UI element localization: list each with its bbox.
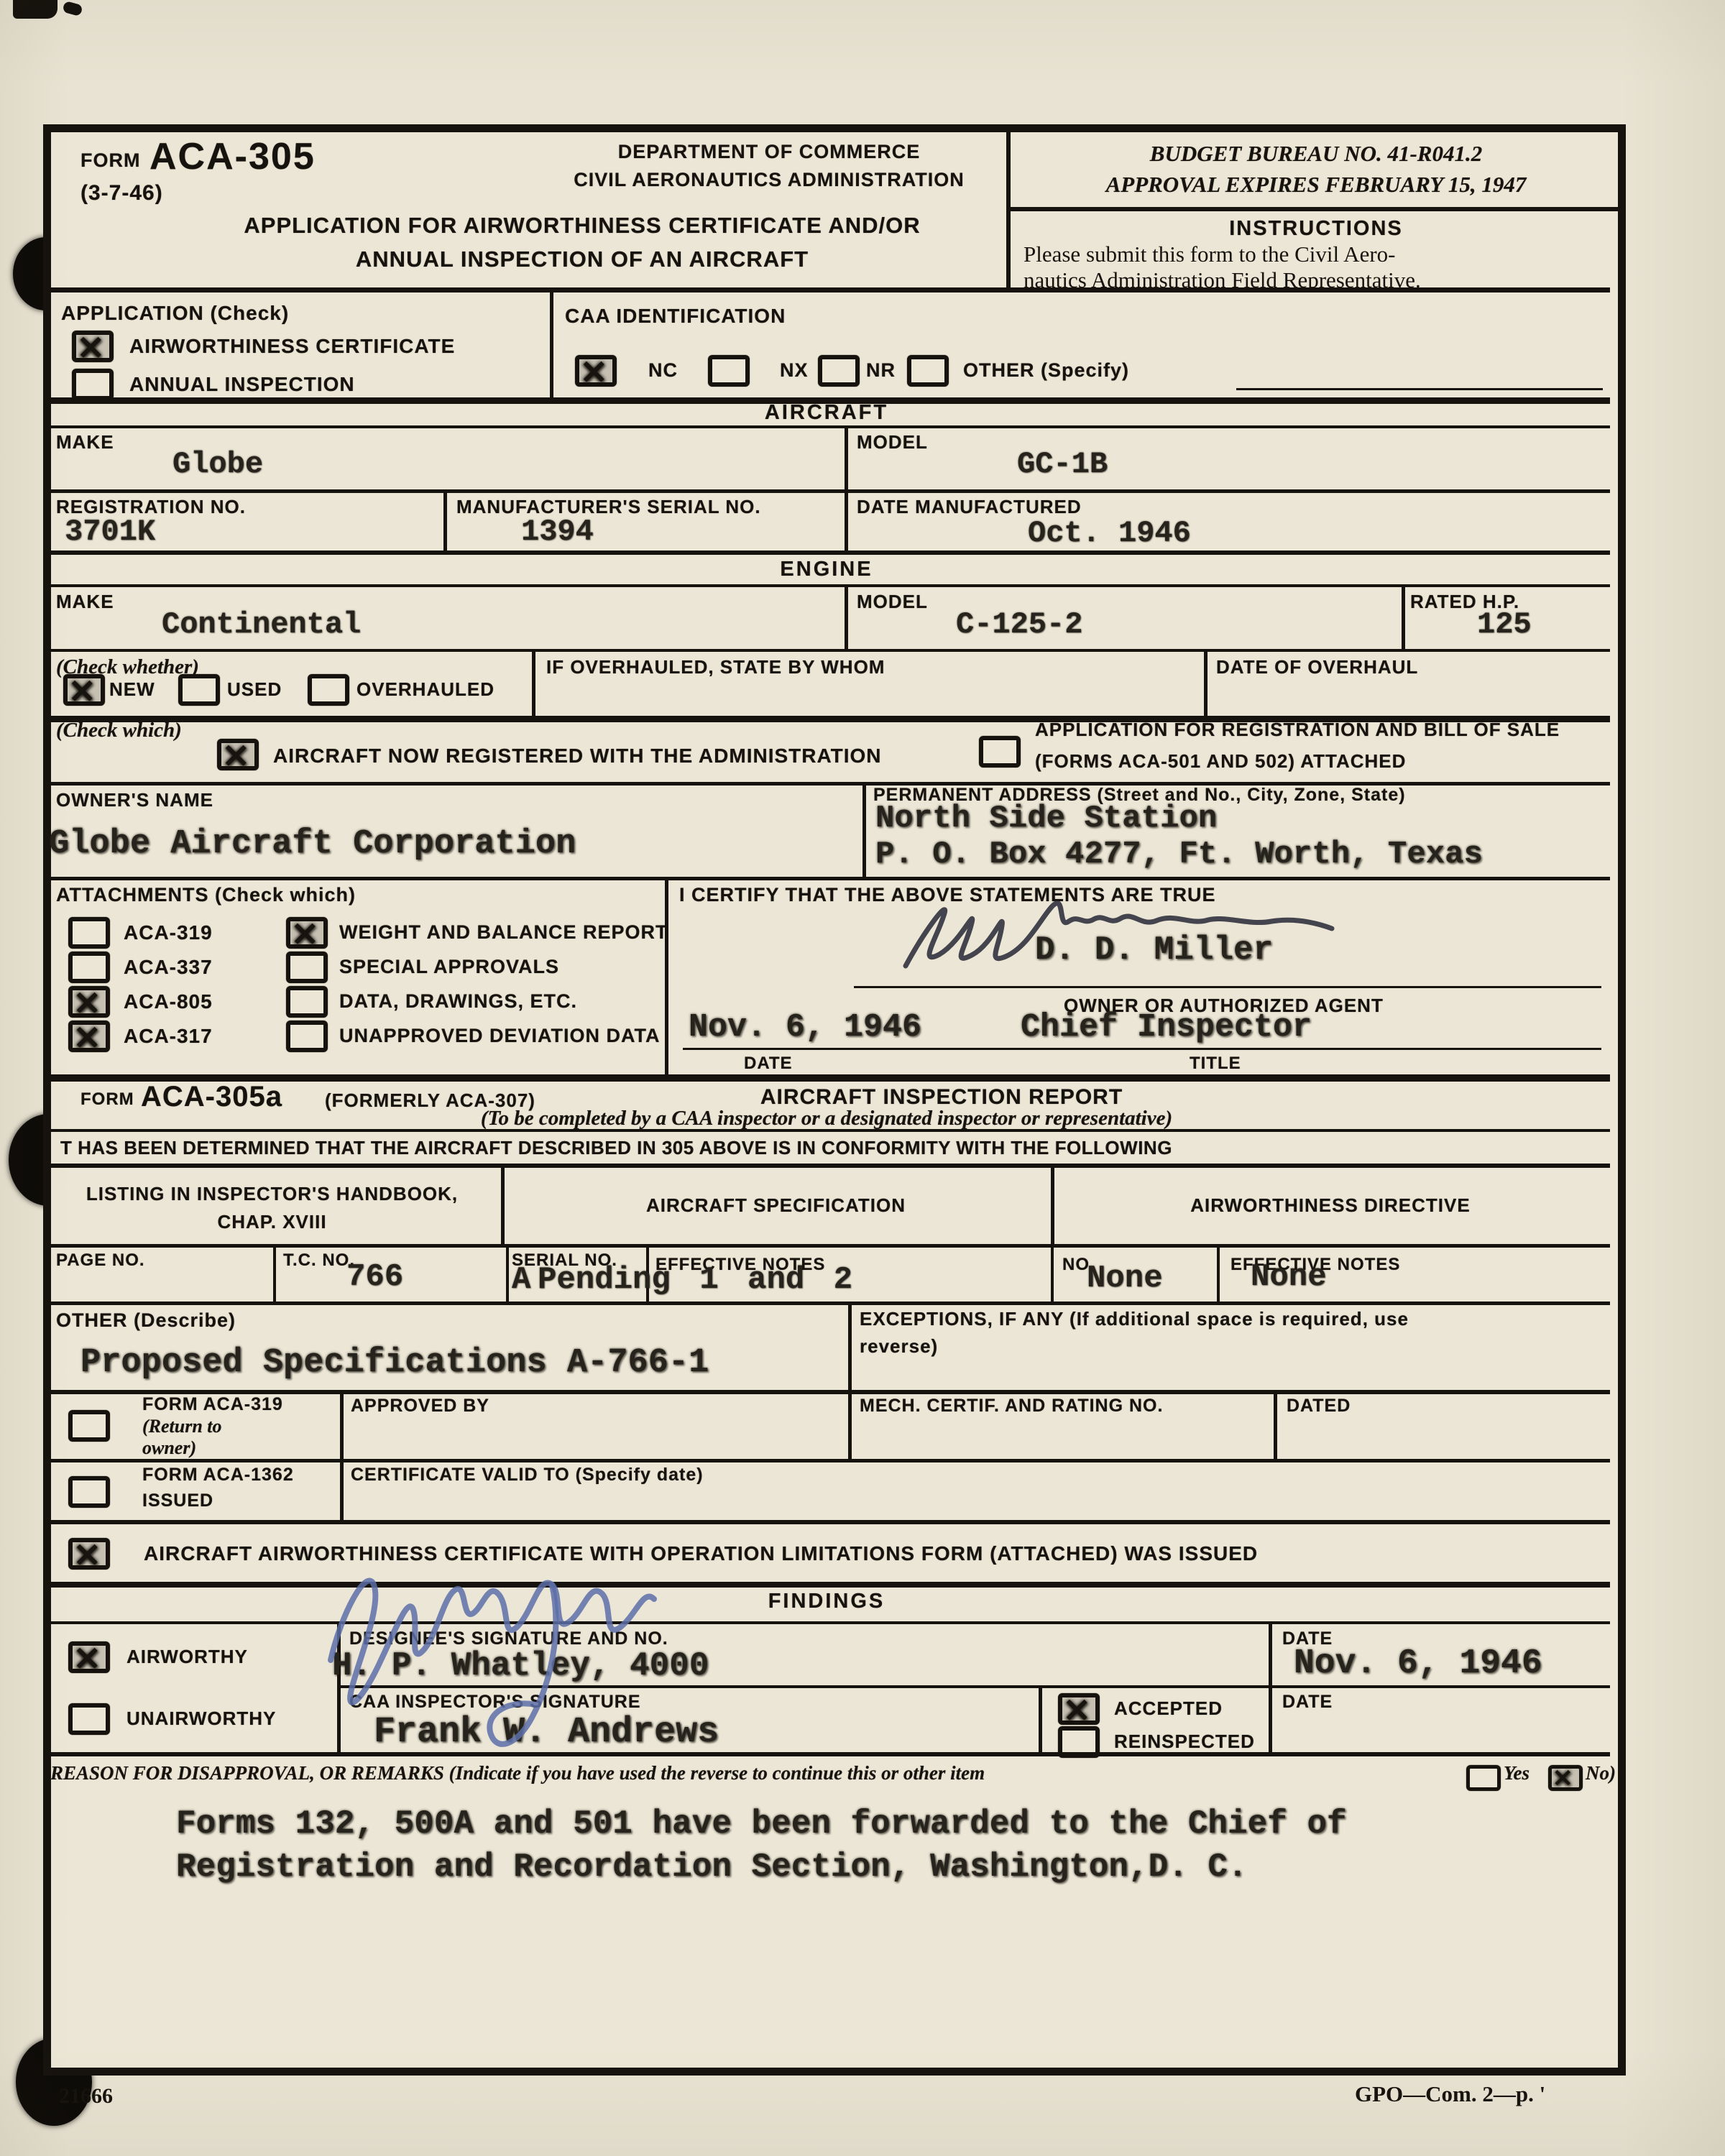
- caa-nr-label: NR: [866, 359, 896, 382]
- rule: [845, 425, 848, 492]
- accepted-checkbox[interactable]: [1058, 1693, 1100, 1725]
- owner-name-value: Globe Aircraft Corporation: [49, 825, 576, 863]
- certificate-issued-checkbox[interactable]: [68, 1538, 110, 1570]
- exceptions-label-line1: EXCEPTIONS, IF ANY (If additional space …: [860, 1308, 1409, 1330]
- footer-gpo-imprint: GPO—Com. 2—p. ': [1355, 2081, 1545, 2107]
- engine-model-value: C-125-2: [956, 607, 1082, 642]
- instructions-title: INSTRUCTIONS: [1013, 217, 1619, 241]
- instructions-line1: Please submit this form to the Civil Aer…: [1023, 241, 1620, 267]
- remarks-text-line1: Forms 132, 500A and 501 have been forwar…: [176, 1805, 1347, 1843]
- rule: [506, 1244, 509, 1304]
- exceptions-label-line2: reverse): [860, 1335, 938, 1358]
- owner-name-label: OWNER'S NAME: [56, 789, 213, 811]
- caa-nc-checkbox[interactable]: [575, 355, 617, 387]
- remarks-label: REASON FOR DISAPPROVAL, OR REMARKS (Indi…: [50, 1762, 985, 1784]
- engine-model-label: MODEL: [857, 591, 928, 613]
- special-approvals-label: SPECIAL APPROVALS: [339, 956, 559, 978]
- department-name: DEPARTMENT OF COMMERCE CIVIL AERONAUTICS…: [525, 141, 1013, 191]
- listing-header-line1: LISTING IN INSPECTOR'S HANDBOOK,: [43, 1183, 501, 1205]
- engine-overhauled-label: OVERHAULED: [356, 678, 494, 701]
- department-line2: CIVIL AERONAUTICS ADMINISTRATION: [525, 169, 1013, 191]
- aircraft-specification-header: AIRCRAFT SPECIFICATION: [501, 1194, 1051, 1217]
- directive-effective-notes-value: None: [1251, 1259, 1327, 1295]
- owner-signature-typed: D. D. Miller: [1035, 931, 1273, 969]
- rule: [43, 649, 1610, 652]
- rule: [845, 489, 848, 553]
- form-aca-1362-checkbox[interactable]: [68, 1476, 110, 1508]
- special-approvals-checkbox[interactable]: [286, 952, 328, 983]
- registration-no-value: 3701K: [65, 515, 155, 549]
- instructions-text: Please submit this form to the Civil Aer…: [1023, 241, 1620, 293]
- airworthiness-directive-header: AIRWORTHINESS DIRECTIVE: [1051, 1194, 1610, 1217]
- address-line2-value: P. O. Box 4277, Ft. Worth, Texas: [875, 837, 1483, 872]
- reinspected-label: REINSPECTED: [1114, 1731, 1255, 1753]
- form-aca-319-note2: owner): [142, 1437, 196, 1459]
- form-revision-date: (3-7-46): [80, 181, 163, 206]
- other-describe-label: OTHER (Describe): [56, 1309, 236, 1332]
- aircraft-model-label: MODEL: [857, 431, 928, 453]
- findings-section-title: FINDINGS: [43, 1590, 1610, 1613]
- budget-bureau-line2: APPROVAL EXPIRES FEBRUARY 15, 1947: [1013, 172, 1619, 198]
- aca-805-checkbox[interactable]: [68, 986, 110, 1018]
- date-of-overhaul-label: DATE OF OVERHAUL: [1216, 656, 1418, 678]
- approved-by-label: APPROVED BY: [351, 1396, 489, 1416]
- form-title: APPLICATION FOR AIRWORTHINESS CERTIFICAT…: [158, 213, 1006, 272]
- remarks-yes-label: Yes: [1504, 1762, 1529, 1784]
- rule: [1217, 1244, 1220, 1304]
- remarks-yes-checkbox[interactable]: [1466, 1765, 1501, 1791]
- attachments-label: ATTACHMENTS (Check which): [56, 884, 356, 906]
- form-number-prefix: FORM: [80, 149, 140, 172]
- spec-serial-no-value: A: [512, 1262, 530, 1298]
- engine-new-checkbox[interactable]: [63, 674, 105, 706]
- rule: [443, 489, 447, 553]
- findings-date2-label: DATE: [1282, 1692, 1333, 1713]
- caa-identification-label: CAA IDENTIFICATION: [565, 305, 786, 328]
- designee-signature-ink: [287, 1552, 791, 1761]
- date-rule: [683, 1048, 859, 1050]
- signature-rule: [854, 986, 1601, 988]
- rated-hp-value: 125: [1477, 607, 1532, 642]
- accepted-label: ACCEPTED: [1114, 1697, 1223, 1720]
- registered-checkbox[interactable]: [217, 739, 259, 770]
- scan-mark: [62, 1, 83, 17]
- rule: [848, 1390, 852, 1462]
- remarks-text-line2: Registration and Recordation Section, Wa…: [176, 1848, 1248, 1886]
- department-line1: DEPARTMENT OF COMMERCE: [525, 141, 1013, 163]
- remarks-no-label: No): [1586, 1762, 1616, 1784]
- dated-label: DATED: [1287, 1396, 1351, 1416]
- title-rule: [854, 1048, 1601, 1050]
- serial-no-value: 1394: [521, 515, 594, 549]
- other-describe-value: Proposed Specifications A-766-1: [80, 1344, 709, 1382]
- remarks-no-checkbox[interactable]: [1548, 1765, 1583, 1791]
- engine-make-value: Continental: [162, 607, 361, 642]
- caa-nr-checkbox[interactable]: [818, 355, 860, 387]
- application-attached-label-line1: APPLICATION FOR REGISTRATION AND BILL OF…: [1035, 719, 1560, 741]
- rule: [43, 1302, 1610, 1305]
- airworthy-checkbox[interactable]: [68, 1641, 110, 1673]
- aircraft-make-label: MAKE: [56, 431, 114, 453]
- engine-section-title: ENGINE: [43, 558, 1610, 581]
- tc-no-label: T.C. NO.: [283, 1250, 355, 1271]
- aca-805-label: ACA-805: [124, 990, 213, 1013]
- rule: [43, 1164, 1610, 1168]
- form-305a-prefix: FORM: [80, 1089, 134, 1110]
- airworthiness-certificate-label: AIRWORTHINESS CERTIFICATE: [129, 335, 455, 358]
- rule: [43, 1520, 1610, 1524]
- annual-inspection-checkbox[interactable]: [72, 369, 114, 400]
- engine-overhauled-checkbox[interactable]: [308, 674, 349, 706]
- caa-other-checkbox[interactable]: [907, 355, 949, 387]
- reinspected-checkbox[interactable]: [1058, 1726, 1100, 1758]
- weight-balance-checkbox[interactable]: [286, 917, 328, 949]
- certification-date-label: DATE: [744, 1054, 793, 1074]
- directive-no-value: None: [1087, 1261, 1163, 1296]
- rule: [848, 1302, 852, 1393]
- application-attached-label-line2: (FORMS ACA-501 AND 502) ATTACHED: [1035, 750, 1406, 773]
- listing-header: LISTING IN INSPECTOR'S HANDBOOK, CHAP. X…: [43, 1183, 501, 1233]
- mech-certif-label: MECH. CERTIF. AND RATING NO.: [860, 1396, 1163, 1416]
- form-title-line1: APPLICATION FOR AIRWORTHINESS CERTIFICAT…: [158, 213, 1006, 239]
- form-aca-319-checkbox[interactable]: [68, 1410, 110, 1442]
- findings-date-value: Nov. 6, 1946: [1294, 1644, 1542, 1683]
- caa-nx-label: NX: [780, 359, 809, 382]
- footer-stock-number: 21666: [59, 2084, 113, 2109]
- unapproved-deviation-checkbox[interactable]: [286, 1021, 328, 1052]
- overhauled-by-label: IF OVERHAULED, STATE BY WHOM: [546, 656, 885, 678]
- instructions-line2: nautics Administration Field Representat…: [1023, 267, 1620, 293]
- rule: [1274, 1390, 1277, 1462]
- rule: [43, 1244, 1610, 1248]
- rule: [665, 877, 668, 1077]
- data-drawings-checkbox[interactable]: [286, 986, 328, 1018]
- date-manufactured-label: DATE MANUFACTURED: [857, 496, 1082, 518]
- date-manufactured-value: Oct. 1946: [1028, 516, 1191, 550]
- form-title-line2: ANNUAL INSPECTION OF AN AIRCRAFT: [158, 247, 1006, 272]
- listing-header-line2: CHAP. XVIII: [43, 1211, 501, 1233]
- rule: [43, 877, 1610, 880]
- annual-inspection-label: ANNUAL INSPECTION: [129, 373, 355, 396]
- inspection-report-title: AIRCRAFT INSPECTION REPORT: [683, 1085, 1200, 1110]
- engine-make-label: MAKE: [56, 591, 114, 613]
- form-aca-319-label: FORM ACA-319: [142, 1394, 283, 1415]
- other-specify-blank: [1236, 388, 1603, 390]
- determination-statement: T HAS BEEN DETERMINED THAT THE AIRCRAFT …: [60, 1137, 1172, 1159]
- engine-used-label: USED: [227, 678, 282, 701]
- budget-bureau-note: BUDGET BUREAU NO. 41-R041.2 APPROVAL EXP…: [1013, 141, 1619, 198]
- rule: [43, 489, 1610, 493]
- aca-317-checkbox[interactable]: [68, 1021, 110, 1052]
- caa-other-label: OTHER (Specify): [963, 359, 1129, 382]
- rule: [532, 649, 535, 719]
- certification-title-label: TITLE: [1190, 1054, 1241, 1074]
- rule: [340, 1459, 344, 1523]
- rule: [1006, 207, 1626, 211]
- form-aca-319-note1: (Return to: [142, 1416, 222, 1437]
- inspection-report-subtitle: (To be completed by a CAA inspector or a…: [252, 1107, 1402, 1130]
- rule: [1039, 1685, 1042, 1755]
- rule: [43, 1459, 1610, 1462]
- rule: [340, 1390, 344, 1462]
- rule: [1051, 1244, 1054, 1304]
- weight-balance-label: WEIGHT AND BALANCE REPORT: [339, 921, 668, 944]
- unairworthy-checkbox[interactable]: [68, 1703, 110, 1735]
- aircraft-make-value: Globe: [172, 447, 263, 482]
- aca-337-label: ACA-337: [124, 956, 213, 979]
- unairworthy-label: UNAIRWORTHY: [126, 1708, 276, 1730]
- airworthy-label: AIRWORTHY: [126, 1646, 248, 1668]
- rule: [550, 287, 553, 401]
- engine-new-label: NEW: [109, 678, 155, 701]
- data-drawings-label: DATA, DRAWINGS, ETC.: [339, 990, 577, 1013]
- spec-effective-notes-value: Pending 1 and 2: [538, 1262, 852, 1298]
- form-aca-1362-issued-label: ISSUED: [142, 1491, 213, 1511]
- rule: [43, 550, 1610, 555]
- unapproved-deviation-label: UNAPPROVED DEVIATION DATA: [339, 1025, 661, 1047]
- caa-nc-label: NC: [648, 359, 678, 382]
- engine-used-checkbox[interactable]: [178, 674, 220, 706]
- form-number: ACA-305: [149, 135, 316, 178]
- aca-319-label: ACA-319: [124, 921, 213, 944]
- certificate-valid-to-label: CERTIFICATE VALID TO (Specify date): [351, 1465, 704, 1485]
- rule: [1402, 584, 1405, 652]
- caa-nx-checkbox[interactable]: [708, 355, 750, 387]
- registered-label: AIRCRAFT NOW REGISTERED WITH THE ADMINIS…: [273, 745, 882, 768]
- rule: [43, 1752, 1610, 1756]
- rule: [43, 425, 1610, 428]
- rule: [862, 782, 866, 880]
- aircraft-model-value: GC-1B: [1017, 447, 1108, 482]
- budget-bureau-line1: BUDGET BUREAU NO. 41-R041.2: [1013, 141, 1619, 167]
- airworthiness-certificate-checkbox[interactable]: [72, 331, 114, 362]
- certification-title-value: Chief Inspector: [1021, 1009, 1312, 1046]
- certification-date-value: Nov. 6, 1946: [689, 1009, 921, 1046]
- application-attached-checkbox[interactable]: [979, 736, 1021, 768]
- aca-337-checkbox[interactable]: [68, 952, 110, 983]
- aircraft-section-title: AIRCRAFT: [43, 401, 1610, 425]
- tc-no-value: 766: [346, 1259, 403, 1295]
- form-aca-1362-label: FORM ACA-1362: [142, 1465, 294, 1485]
- application-section-label: APPLICATION (Check): [61, 302, 289, 325]
- rule: [273, 1244, 276, 1304]
- page-no-label: PAGE NO.: [56, 1250, 145, 1271]
- aca-317-label: ACA-317: [124, 1025, 213, 1048]
- scan-mark: [13, 0, 57, 19]
- rule: [1204, 649, 1207, 719]
- serial-no-label: MANUFACTURER'S SERIAL NO.: [456, 496, 761, 518]
- rule: [43, 1621, 1610, 1624]
- aca-319-checkbox[interactable]: [68, 917, 110, 949]
- address-line1-value: North Side Station: [875, 801, 1217, 837]
- scanned-form-page: FORM ACA-305 (3-7-46) DEPARTMENT OF COMM…: [0, 0, 1725, 2156]
- rule: [1269, 1621, 1272, 1755]
- rule: [43, 584, 1610, 587]
- rule: [43, 1582, 1610, 1588]
- rule: [845, 584, 848, 652]
- check-which-label: (Check which): [56, 719, 182, 742]
